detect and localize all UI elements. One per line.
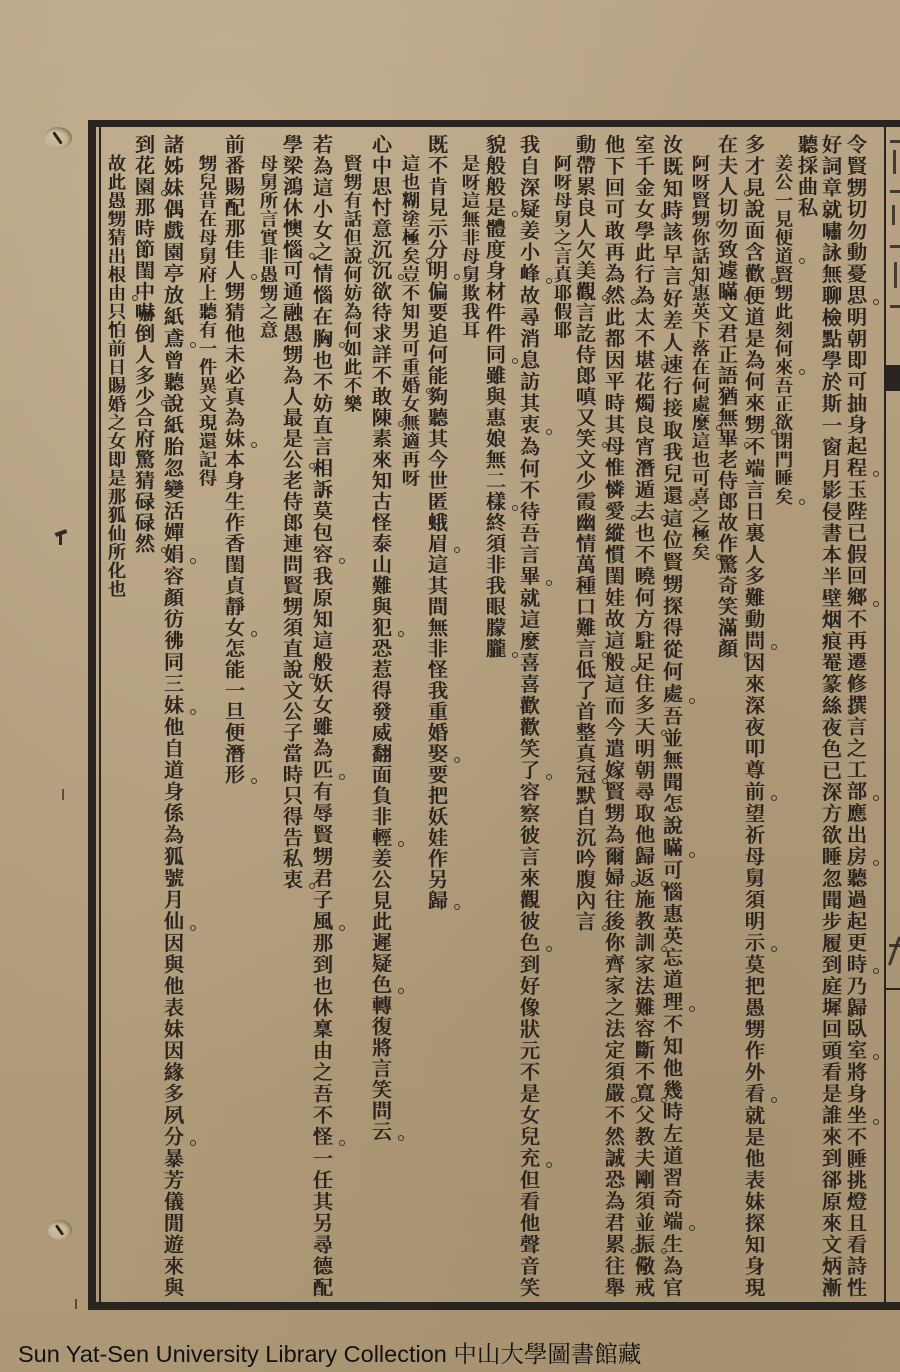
- verse-column: 在夫人。切勿致遽瞞。文君正語猶無畢。老侍郎故作驚奇笑滿顏。: [720, 134, 742, 659]
- center-fold-title-fragment: [893, 150, 896, 174]
- dialogue-column: 故此愚甥猜出根由。只怕前日賜婚之女即是那狐仙所化也: [108, 154, 130, 598]
- dialogue-column: 阿呀母舅之言真耶假耶: [550, 154, 572, 339]
- verse-column: 諸姊妹偶戲園亭放紙鳶。曾聽說紙胎忽變活嬋娟。容顏彷彿同三妹。他自道身係為狐號月仙…: [166, 134, 188, 1298]
- verse-column: 學梁鴻休懊惱。可通融愚甥為人最是公。老侍郎連問賢甥須直說。文公子當時只得告私衷。: [285, 134, 307, 890]
- binding-hole: [44, 127, 72, 149]
- dialogue-column: 是呀這無非母舅欺我耳: [458, 154, 480, 339]
- verse-column: 他下回可敢再為然。此都因平時其母惟憐愛。縱慣閨娃故這般。這而今遣嫁賢甥為爾婦。往…: [607, 134, 629, 1298]
- verse-column: 若為這小女之情惱在胸。也不妨直言相訴莫包容。我原知這般妖女雖為匹。有辱賢甥君子風…: [315, 134, 337, 1298]
- dialogue-column: 甥兒昔在母舅府上聽有一件異文現還記得: [195, 154, 217, 487]
- center-fold-title-fragment: [892, 205, 895, 225]
- fishtail-mark: [886, 365, 900, 391]
- frame-top-border: [88, 120, 900, 127]
- verse-column: 前番賜配那佳人。甥猜他未必真為妹。本身生作香閨貞靜女。怎能一旦便潛形。: [227, 134, 249, 785]
- ink-mark: [59, 533, 62, 545]
- verse-column: 好詞章。就嘯詠無聊。檢點學於斯。一窗月影侵書本。半壁烟痕罨篆絲。夜色已深方欲睡。…: [824, 134, 846, 1298]
- dialogue-column: 母舅所言實非愚甥之意: [256, 154, 278, 339]
- ink-mark: [62, 789, 64, 800]
- verse-column: 汝既知時該早言。好差人速行接取我兒還。這位賢甥探得從何處。吾並無聞怎說瞞。可惱惠…: [665, 134, 687, 1298]
- dialogue-column: 這也糊塗極矣。豈不知男可重婚。女無適再呀: [402, 154, 424, 487]
- hole-crack: [55, 1224, 64, 1236]
- verse-column: 我自深疑姜小峰。故尋消息訪其衷。為何不待吾言畢。就這麼喜喜歡歡笑了。容察彼言來觀…: [522, 134, 544, 1298]
- verse-column: 心中思忖意沉沉。欲待求詳不敢陳。素來知古怪泰山難與犯。恐惹得發威翻面負非輕。姜公…: [374, 134, 396, 1142]
- ink-mark: [75, 1299, 77, 1309]
- center-fold-title-fragment: [890, 305, 900, 308]
- verse-column: 貌般般是。體度身材件件同。雖與惠娘無二樣。終須非我眼朦朧。: [488, 134, 510, 659]
- verse-column: 聽採曲私。: [800, 134, 822, 218]
- frame-bottom-border: [88, 1302, 900, 1310]
- verse-column: 多才見說面含歡。便道是為何來甥。不端言日裏人多難動問。因來深夜叩尊前。望祈母舅須…: [747, 134, 769, 1298]
- library-credit: Sun Yat-Sen University Library Collectio…: [18, 1343, 641, 1367]
- binding-hole: [48, 1220, 72, 1240]
- hole-crack: [52, 131, 62, 144]
- dialogue-column: 阿呀賢甥。你話知惠英下落在何處麼。這也可喜之極矣。: [692, 154, 714, 561]
- verse-column: 動帶累良人欠美觀。言訖侍郎嗔又笑。文少霞幽情萬種口難言。低了首整真冠。默自沉吟腹…: [578, 134, 600, 932]
- verse-column: 令賢甥切勿動憂思。明朝即可抽身起程。玉陛已假回鄉。不再遷修撰言之工部。應出房。聽…: [849, 134, 871, 1298]
- frame-left-border: [88, 120, 96, 1310]
- verse-column: 既不肯見示分明。偏要追何能夠聽其今世匿蛾眉。這其間無非怪我重婚娶。要把妖娃作另歸…: [430, 134, 452, 911]
- center-fold-title-fragment: [890, 190, 900, 193]
- center-fold-title-fragment: [890, 245, 900, 248]
- center-fold-line: [884, 120, 886, 1310]
- center-fold-title-fragment: [890, 140, 900, 143]
- dialogue-column: 姜公一見便道。賢甥此刻何來。吾正欲閉門睡矣。: [775, 154, 797, 506]
- verse-column: 到花園。那時節閨中嚇倒人多少。合府驚猜碌碌然。: [137, 134, 159, 554]
- dialogue-column: 賢甥有話但說。何妨為何如此不樂: [344, 154, 366, 413]
- center-fold-title-fragment: [894, 262, 897, 288]
- frame-left-inner-line: [99, 127, 101, 1303]
- verse-column: 室千金女。學此行為太不堪。花燭良宵潛遁去。也不曉何方駐足住多天。明朝尋取他歸返。…: [637, 134, 659, 1298]
- center-fold-divider: [886, 988, 900, 990]
